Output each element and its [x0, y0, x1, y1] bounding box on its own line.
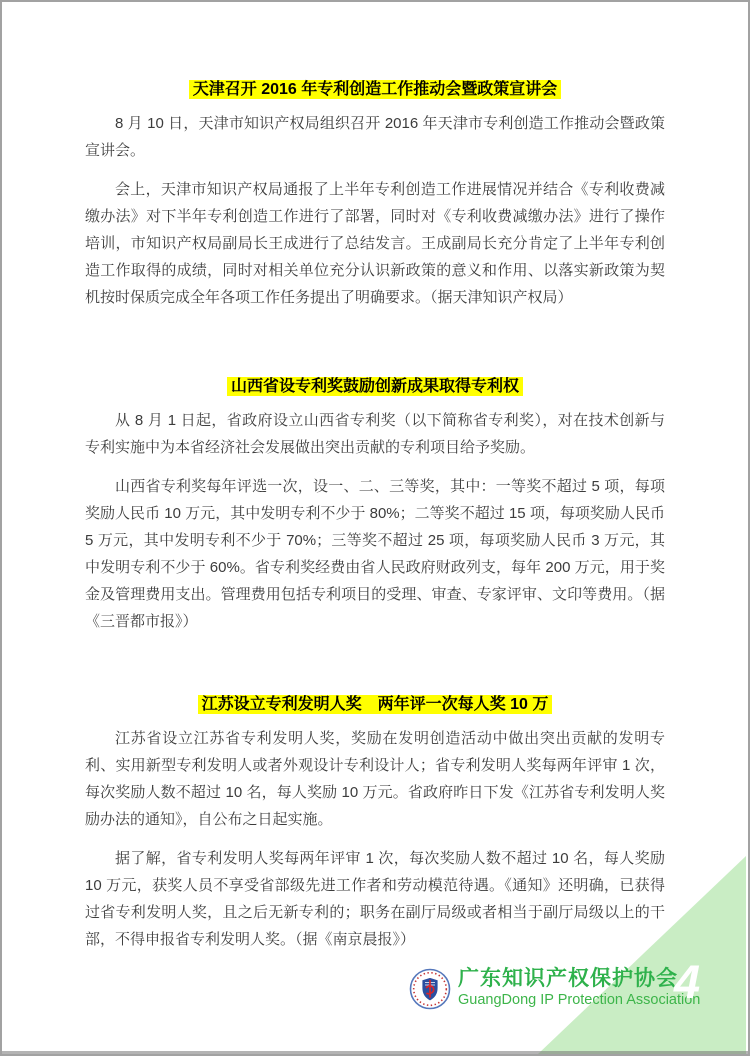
org-name-en: GuangDong IP Protection Association [458, 991, 700, 1009]
page-footer: 广东知识产权保护协会 GuangDong IP Protection Assoc… [2, 954, 748, 1024]
document-page: 天津召开 2016 年专利创造工作推动会暨政策宣讲会 8 月 10 日，天津市知… [0, 0, 750, 1056]
article-paragraph: 8 月 10 日，天津市知识产权局组织召开 2016 年天津市专利创造工作推动会… [85, 110, 665, 164]
article-title: 天津召开 2016 年专利创造工作推动会暨政策宣讲会 [85, 78, 665, 101]
article-paragraph: 从 8 月 1 日起，省政府设立山西省专利奖（以下简称省专利奖），对在技术创新与… [85, 407, 665, 461]
org-name-zh: 广东知识产权保护协会 [458, 966, 700, 991]
article-paragraph: 会上，天津市知识产权局通报了上半年专利创造工作进展情况并结合《专利收费减缴办法》… [85, 176, 665, 311]
article-paragraph: 江苏省设立江苏省专利发明人奖，奖励在发明创造活动中做出突出贡献的发明专利、实用新… [85, 725, 665, 833]
org-name-block: 广东知识产权保护协会 GuangDong IP Protection Assoc… [458, 966, 700, 1009]
highlighted-title-text: 天津召开 2016 年专利创造工作推动会暨政策宣讲会 [189, 80, 562, 99]
highlighted-title-text: 江苏设立专利发明人奖 两年评一次每人奖 10 万 [198, 695, 553, 714]
article-paragraph: 山西省专利奖每年评选一次，设一、二、三等奖，其中：一等奖不超过 5 项，每项奖励… [85, 473, 665, 635]
article-title: 山西省设专利奖鼓励创新成果取得专利权 [85, 375, 665, 398]
article-paragraph: 据了解，省专利发明人奖每两年评审 1 次，每次奖励人数不超过 10 名，每人奖励… [85, 845, 665, 953]
highlighted-title-text: 山西省设专利奖鼓励创新成果取得专利权 [227, 377, 523, 396]
gdipa-badge-icon [409, 968, 451, 1010]
page-content: 天津召开 2016 年专利创造工作推动会暨政策宣讲会 8 月 10 日，天津市知… [2, 78, 748, 953]
page-number: 4 [674, 954, 700, 1010]
article-title: 江苏设立专利发明人奖 两年评一次每人奖 10 万 [85, 693, 665, 716]
